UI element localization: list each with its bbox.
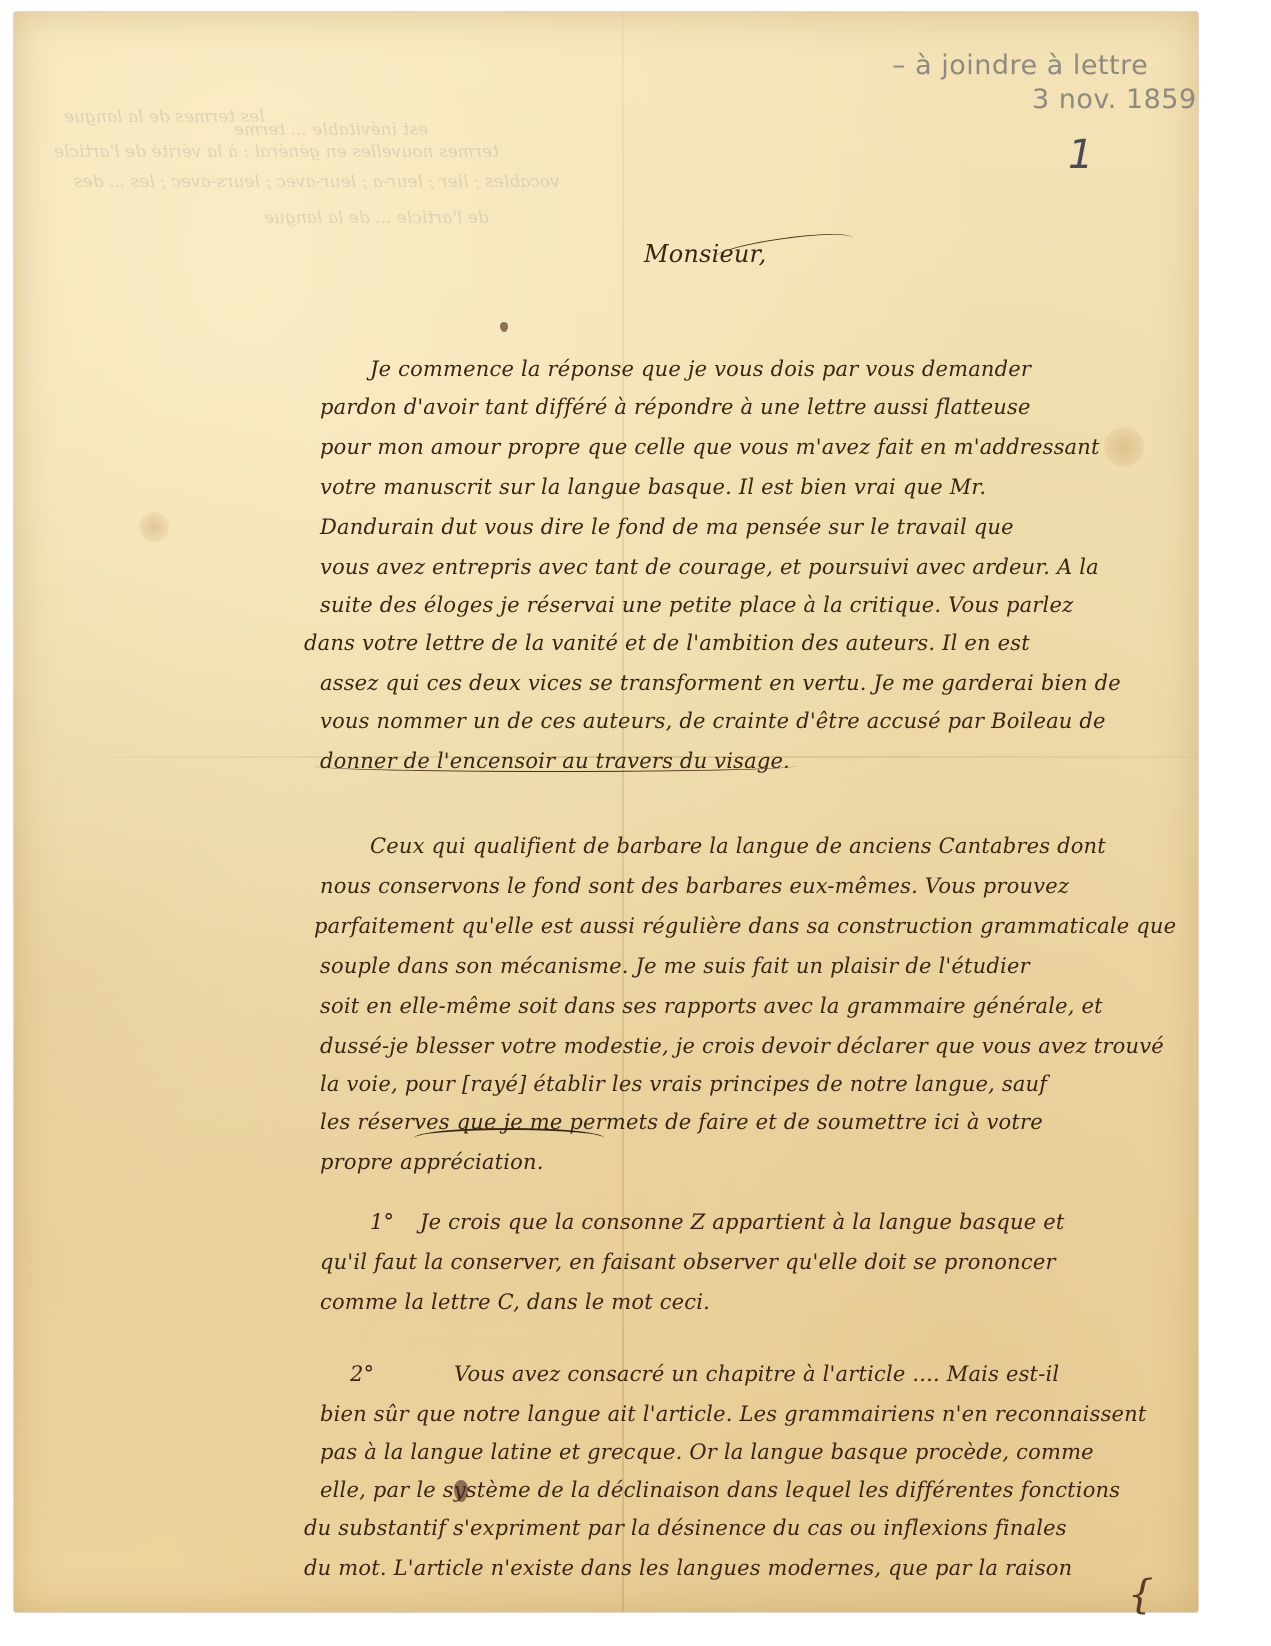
letter-line: assez qui ces deux vices se transforment… — [320, 671, 1121, 695]
letter-line: elle, par le système de la déclinaison d… — [320, 1478, 1120, 1502]
quote-underline — [314, 757, 796, 772]
manuscript-page: les termes de la langue est inévitable .… — [14, 12, 1198, 1612]
letter-line: souple dans son mécanisme. Je me suis fa… — [320, 954, 1030, 978]
letter-line: Vous avez consacré un chapitre à l'artic… — [454, 1362, 1059, 1386]
archival-note-line-2: 3 nov. 1859 — [1032, 84, 1197, 115]
page-number: 1 — [1068, 132, 1093, 178]
letter-line: vous nommer un de ces auteurs, de craint… — [320, 709, 1106, 733]
letter-line: la voie, pour [rayé] établir les vrais p… — [320, 1072, 1047, 1096]
letter-line: propre appréciation. — [320, 1150, 544, 1174]
list-number: 1° — [370, 1210, 394, 1234]
letter-line: nous conservons le fond sont des barbare… — [320, 874, 1069, 898]
letter-line: du mot. L'article n'existe dans les lang… — [304, 1556, 1072, 1580]
bleed-through-text: est inévitable ... terme — [234, 120, 428, 140]
letter-line: du substantif s'expriment par la désinen… — [304, 1516, 1067, 1540]
letter-line: dussé-je blesser votre modestie, je croi… — [320, 1034, 1164, 1058]
paper-stain — [139, 512, 169, 542]
salutation-flourish — [713, 228, 855, 268]
ink-blot — [500, 322, 508, 332]
letter-line: les réserves que je me permets de faire … — [320, 1110, 1043, 1134]
bleed-through-text: de l'article ... de la langue — [264, 208, 489, 228]
bleed-through-text: vocables ; lier ; leur-a ; leur-avec ; l… — [74, 172, 560, 192]
letter-line: votre manuscrit sur la langue basque. Il… — [320, 475, 986, 499]
letter-line: Je commence la réponse que je vous dois … — [370, 357, 1031, 381]
letter-line: pour mon amour propre que celle que vous… — [320, 435, 1100, 459]
bleed-through-text: termes nouvelles en général ; à la vérit… — [54, 142, 499, 162]
letter-line: vous avez entrepris avec tant de courage… — [320, 555, 1099, 579]
continuation-mark: { — [1128, 1572, 1153, 1618]
list-number: 2° — [350, 1362, 374, 1386]
letter-line: comme la lettre C, dans le mot ceci. — [320, 1290, 710, 1314]
letter-line: bien sûr que notre langue ait l'article.… — [320, 1402, 1147, 1426]
letter-line: pas à la langue latine et grecque. Or la… — [320, 1440, 1094, 1464]
letter-line: pardon d'avoir tant différé à répondre à… — [320, 395, 1031, 419]
letter-line: suite des éloges je réservai une petite … — [320, 593, 1073, 617]
letter-line: soit en elle-même soit dans ses rapports… — [320, 994, 1103, 1018]
letter-line: parfaitement qu'elle est aussi régulière… — [314, 914, 1176, 938]
letter-line: dans votre lettre de la vanité et de l'a… — [304, 631, 1030, 655]
appreciation-flourish — [414, 1128, 604, 1146]
letter-line: Ceux qui qualifient de barbare la langue… — [370, 834, 1106, 858]
letter-line: Dandurain dut vous dire le fond de ma pe… — [320, 515, 1014, 539]
archival-note-line-1: – à joindre à lettre — [892, 50, 1148, 81]
paper-stain — [1104, 427, 1144, 467]
letter-line: qu'il faut la conserver, en faisant obse… — [320, 1250, 1056, 1274]
letter-line: Je crois que la consonne Z appartient à … — [420, 1210, 1065, 1234]
